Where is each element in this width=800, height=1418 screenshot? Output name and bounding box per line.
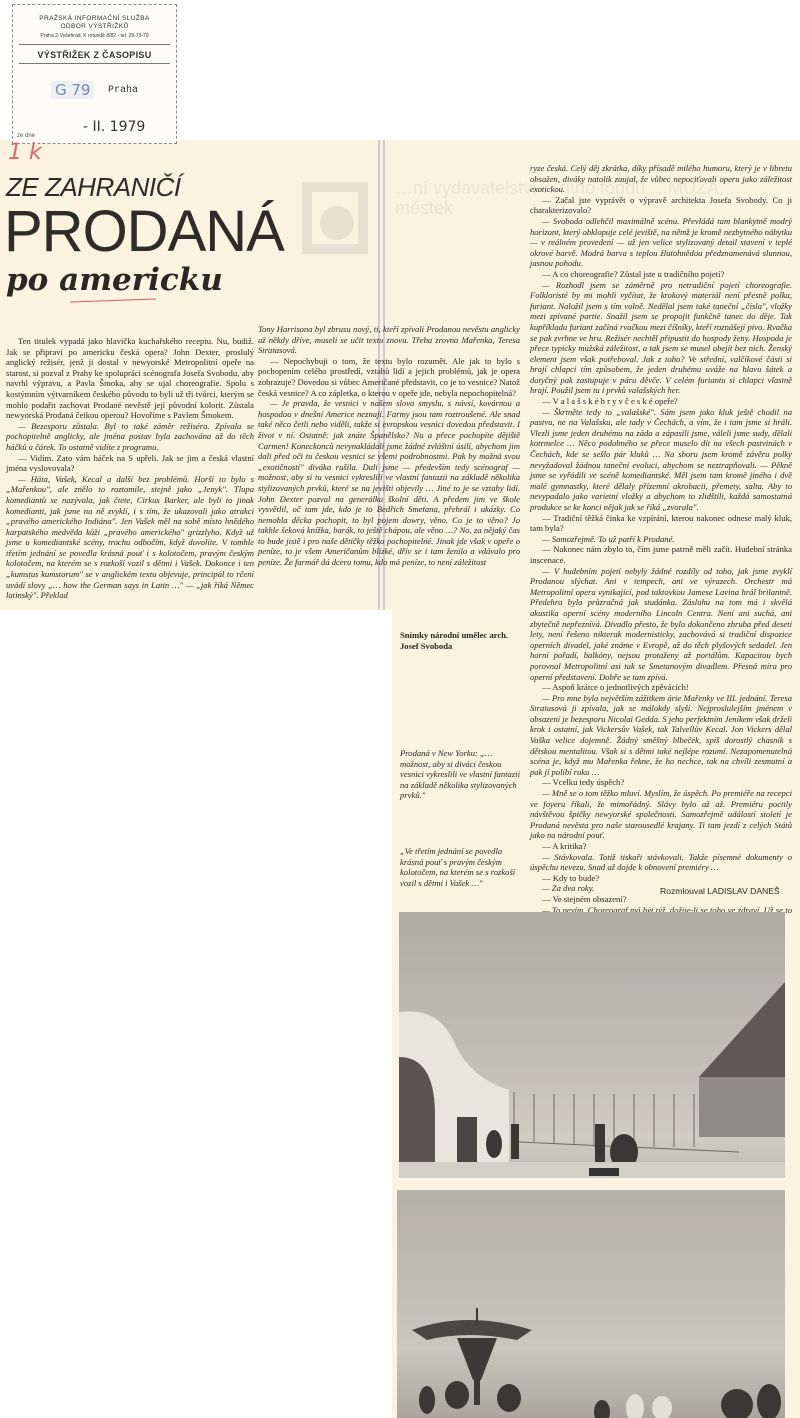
- article-paragraph: — A co choreografie? Zůstal jste u tradi…: [530, 269, 792, 280]
- article-paragraph: — Škrtněte tedy to „valašské". Sám jsem …: [530, 407, 792, 513]
- article-column-3: ryze česká. Celý děj zkrátka, díky přísa…: [530, 163, 792, 926]
- article-paragraph: — Tradiční těžká činka ke vzpírání, kter…: [530, 513, 792, 534]
- show-through-logo: [302, 182, 368, 254]
- article-paragraph: — Vidím. Zato vám háček na S upřeli. Jak…: [6, 453, 254, 474]
- stage-photo-carousel: [397, 1190, 785, 1418]
- article-paragraph: Tony Harrisona byl zbrusu nový, ti, kteř…: [258, 324, 520, 356]
- clipping-service-stamp: PRAŽSKÁ INFORMAČNÍ SLUŽBA ODBOR VÝSTŘIŽK…: [12, 4, 177, 144]
- stamp-agency: PRAŽSKÁ INFORMAČNÍ SLUŽBA: [13, 15, 176, 23]
- article-paragraph: — Mně se o tom těžko mluví. Myslím, že ú…: [530, 788, 792, 841]
- stamp-department: ODBOR VÝSTŘIŽKŮ: [13, 23, 176, 31]
- article-paragraph: — Stávkovala. Totiž tiskaři stávkovali. …: [530, 852, 792, 873]
- stage-photo-village: [399, 912, 785, 1178]
- article-paragraph: — Vcelku tedy úspěch?: [530, 777, 792, 788]
- article-headline: PRODANÁ: [4, 202, 284, 262]
- article-subheadline: po americku: [6, 262, 223, 298]
- article-paragraph: — Začal jste vyprávět o výpravě architek…: [530, 195, 792, 216]
- photo-credit: Snímky národní umělec arch. Josef Svobod…: [400, 630, 520, 651]
- stamp-address: Praha 2-Vyšehrad, K rotundě 8/82 - tel. …: [13, 32, 176, 40]
- article-paragraph: Ten titulek vypadá jako hlavička kuchařs…: [6, 336, 254, 421]
- article-paragraph: — Nakonec nám zbylo to, čím jsme patrně …: [530, 544, 792, 565]
- article-paragraph: — V a l a š s k é h r y v č e s k é opeř…: [530, 396, 792, 407]
- article-paragraph: — Rozhodl jsem se záměrně pro netradiční…: [530, 280, 792, 397]
- stamp-code: G 79: [51, 81, 94, 99]
- article-column-2: Tony Harrisona byl zbrusu nový, ti, kteř…: [258, 324, 520, 568]
- pencil-annotation: 1 k: [8, 140, 42, 165]
- article-paragraph: — Bezesporu zůstala. Byl to také záměr r…: [6, 421, 254, 453]
- stamp-date-label: ze dne: [17, 133, 35, 139]
- stamp-city: Praha: [108, 85, 138, 96]
- article-paragraph: — V hudebním pojetí nebyly žádné rozdíly…: [530, 566, 792, 683]
- article-paragraph: — Pro mne byla největším zážitkem árie M…: [530, 693, 792, 778]
- article-byline: Rozmlouval LADISLAV DANEŠ: [660, 886, 780, 896]
- stamp-divider: [19, 44, 170, 45]
- article-paragraph: ryze česká. Celý děj zkrátka, díky přísa…: [530, 163, 792, 195]
- article-paragraph: — Kdy to bude?: [530, 873, 792, 884]
- article-paragraph: — Samozřejmě. To už patří k Prodané.: [530, 534, 792, 545]
- photo-caption: „Ve třetím jednání se povedla krásná pou…: [400, 846, 522, 888]
- article-column-1: Ten titulek vypadá jako hlavička kuchařs…: [6, 336, 254, 601]
- article-paragraph: — Svoboda odlehčil maximálně scénu. Přev…: [530, 216, 792, 269]
- stamp-date: - II. 1979: [83, 119, 145, 135]
- article-paragraph: — Háta, Vašek, Kecal a další bez problém…: [6, 474, 254, 601]
- article-paragraph: — Je pravda, že vesnici v našem slova sm…: [258, 398, 520, 568]
- article-paragraph: — Nepochybuji o tom, že textu bylo rozum…: [258, 356, 520, 398]
- stamp-title: VÝSTŘIŽEK Z ČASOPISU: [13, 51, 176, 59]
- article-paragraph: — A kritika?: [530, 841, 792, 852]
- stamp-divider: [19, 63, 170, 64]
- photo-caption: Prodaná v New Yorku: „… možnost, aby si …: [400, 748, 522, 801]
- article-paragraph: — Aspoň krátce o jednotlivých zpěvácích!: [530, 682, 792, 693]
